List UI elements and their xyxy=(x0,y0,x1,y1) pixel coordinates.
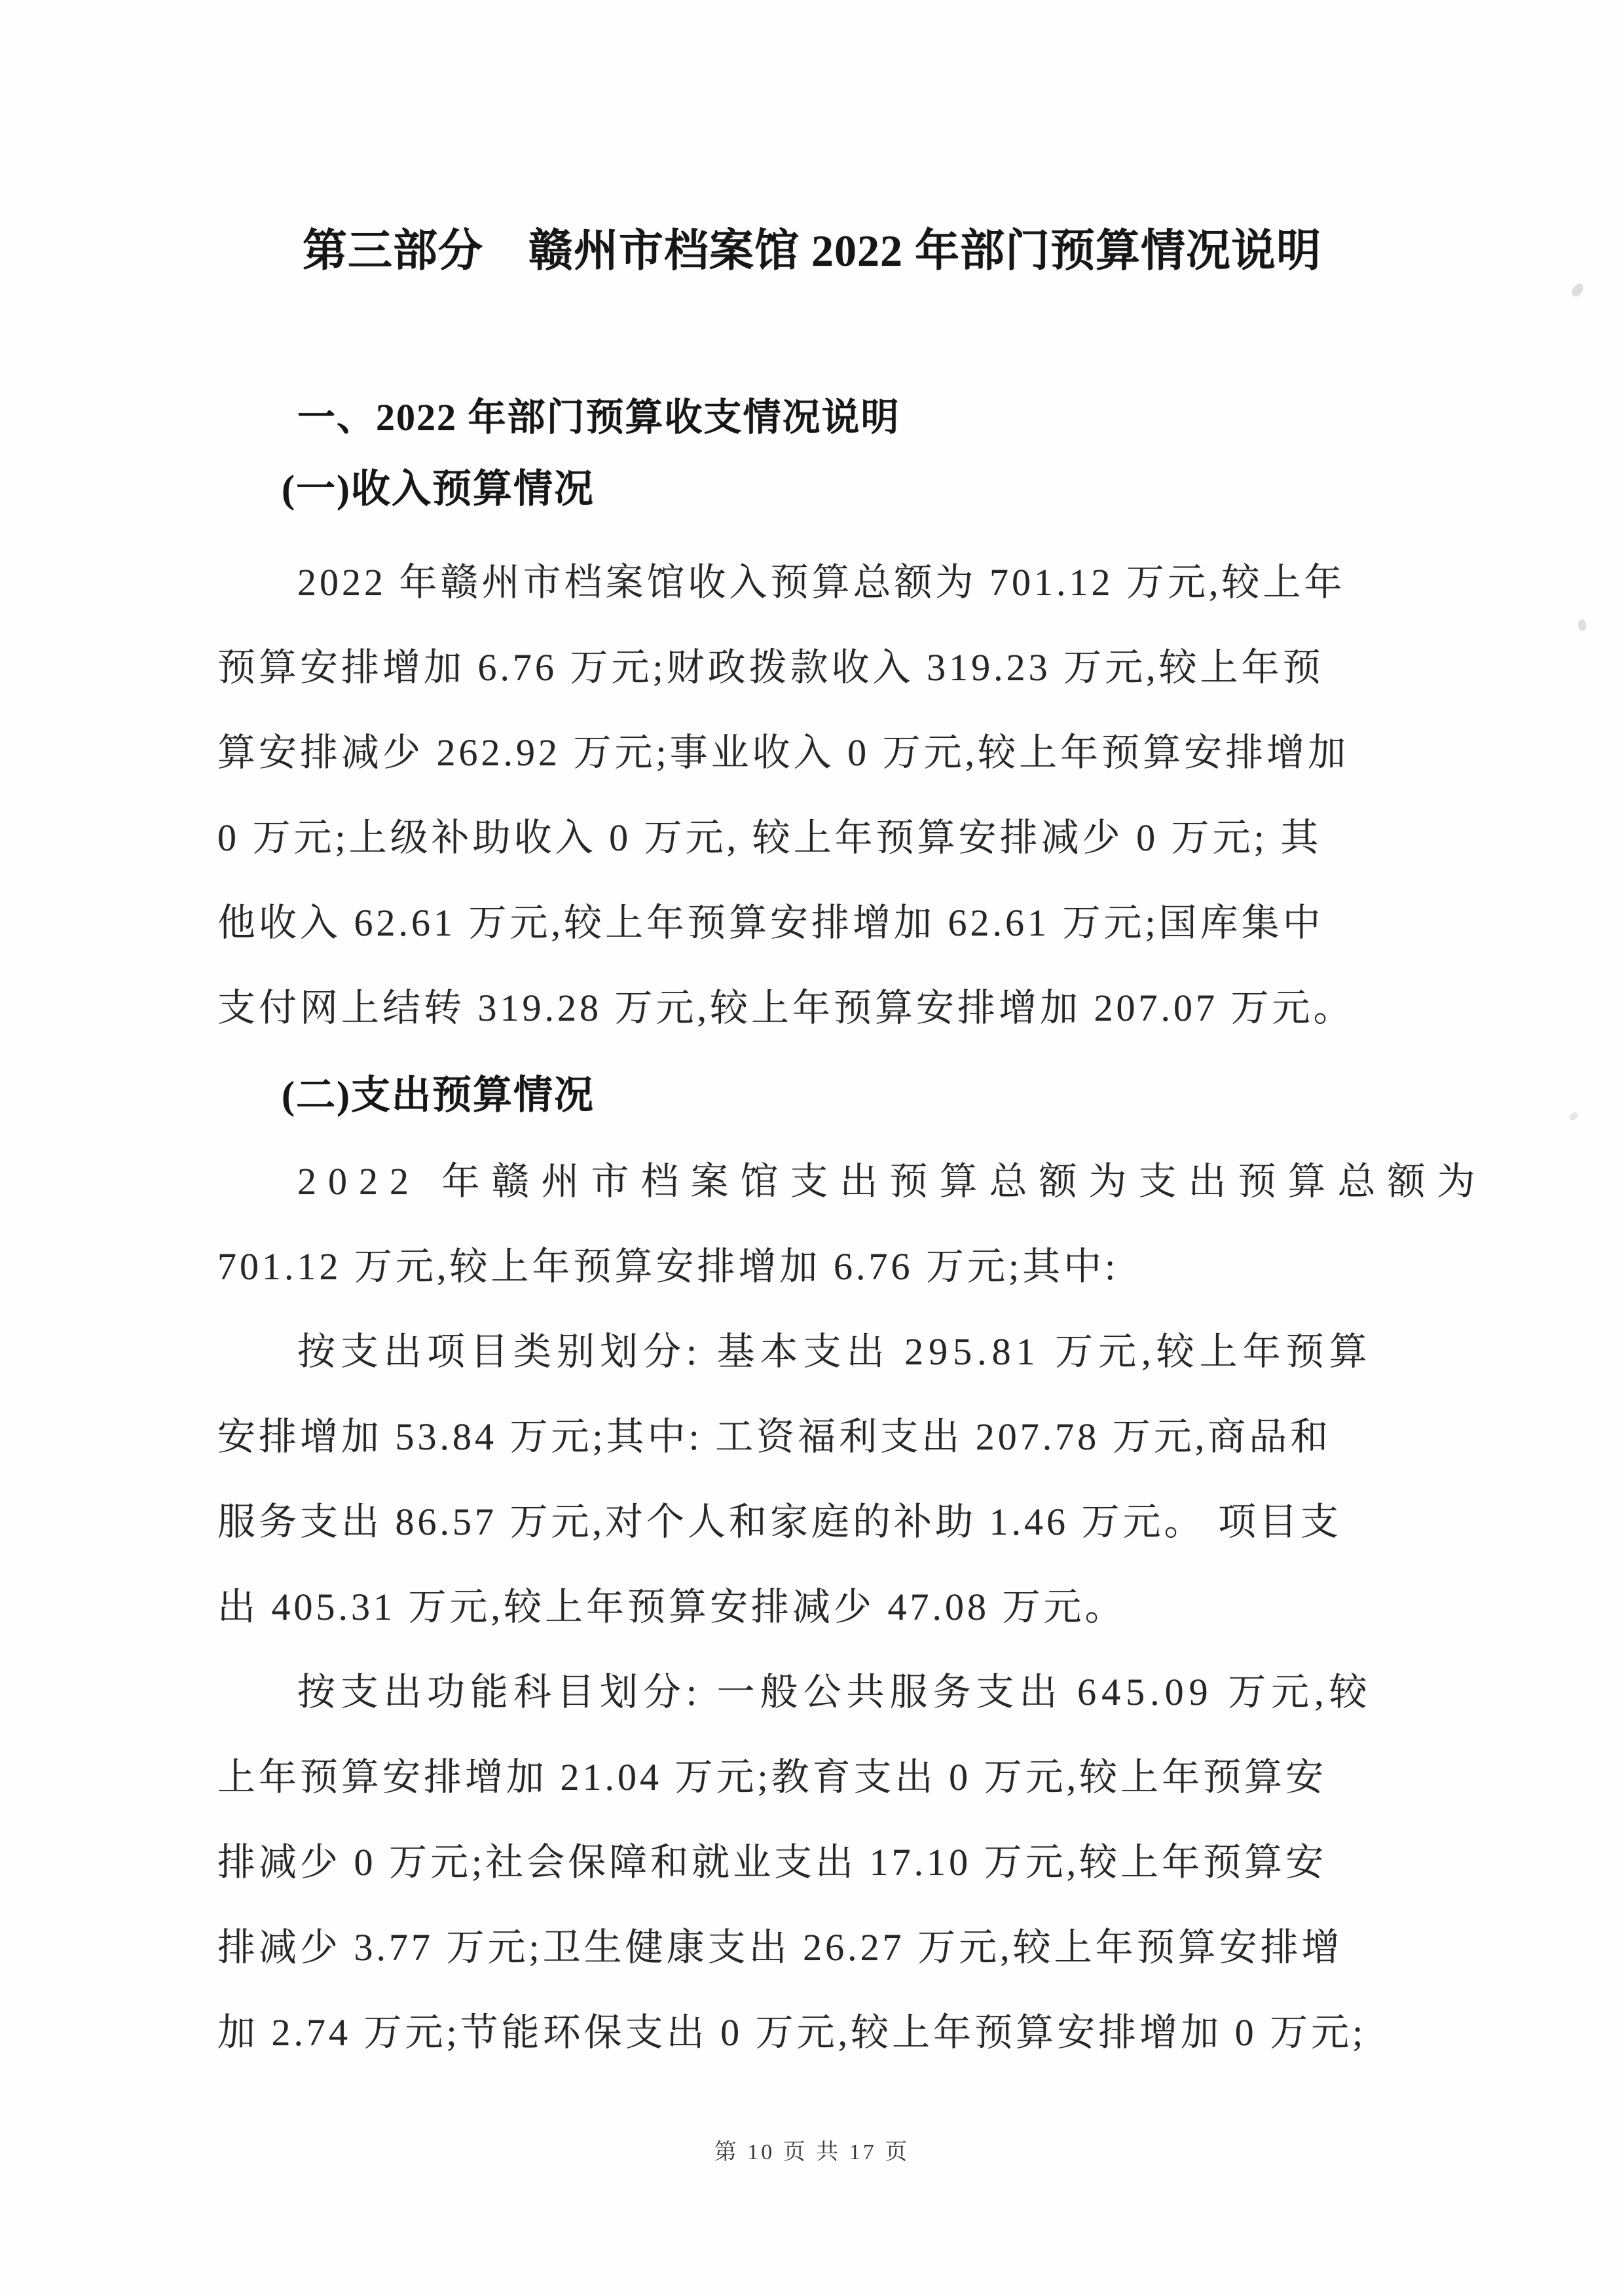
subsection-heading-income: (一)收入预算情况 xyxy=(217,446,1401,532)
document-title: 第三部分 赣州市档案馆 2022 年部门预算情况说明 xyxy=(0,218,1624,283)
paragraph-line: 2022 年赣州市档案馆收入预算总额为 701.12 万元,较上年 xyxy=(217,540,1401,625)
scan-speck xyxy=(1577,619,1587,632)
paragraph-line: 服务支出 86.57 万元,对个人和家庭的补助 1.46 万元。 项目支 xyxy=(217,1480,1401,1565)
subsection-heading-expense: (二)支出预算情况 xyxy=(217,1053,1401,1138)
expense-by-type-paragraph: 按支出项目类别划分: 基本支出 295.81 万元,较上年预算 安排增加 53.… xyxy=(217,1309,1401,1650)
paragraph-line: 加 2.74 万元;节能环保支出 0 万元,较上年预算安排增加 0 万元; xyxy=(217,1990,1401,2075)
paragraph-line: 排减少 0 万元;社会保障和就业支出 17.10 万元,较上年预算安 xyxy=(217,1820,1401,1905)
paragraph-line: 2022 年赣州市档案馆支出预算总额为支出预算总额为 xyxy=(217,1139,1401,1224)
paragraph-line: 安排增加 53.84 万元;其中: 工资福利支出 207.78 万元,商品和 xyxy=(217,1394,1401,1480)
paragraph-line: 上年预算安排增加 21.04 万元;教育支出 0 万元,较上年预算安 xyxy=(217,1735,1401,1820)
paragraph-line: 出 405.31 万元,较上年预算安排减少 47.08 万元。 xyxy=(217,1565,1401,1650)
paragraph-line: 他收入 62.61 万元,较上年预算安排增加 62.61 万元;国库集中 xyxy=(217,881,1401,966)
paragraph-line: 排减少 3.77 万元;卫生健康支出 26.27 万元,较上年预算安排增 xyxy=(217,1905,1401,1990)
document-page: 第三部分 赣州市档案馆 2022 年部门预算情况说明 一、2022 年部门预算收… xyxy=(0,0,1624,2296)
page-number-footer: 第 10 页 共 17 页 xyxy=(0,2138,1624,2167)
scan-speck xyxy=(1570,282,1585,299)
paragraph-line: 按支出功能科目划分: 一般公共服务支出 645.09 万元,较 xyxy=(217,1650,1401,1735)
income-paragraph: 2022 年赣州市档案馆收入预算总额为 701.12 万元,较上年 预算安排增加… xyxy=(217,540,1401,1051)
paragraph-line: 算安排减少 262.92 万元;事业收入 0 万元,较上年预算安排增加 xyxy=(217,710,1401,795)
scan-speck xyxy=(1568,1110,1579,1121)
paragraph-line: 0 万元;上级补助收入 0 万元, 较上年预算安排减少 0 万元; 其 xyxy=(217,795,1401,881)
expense-total-paragraph: 2022 年赣州市档案馆支出预算总额为支出预算总额为 701.12 万元,较上年… xyxy=(217,1139,1401,1309)
paragraph-line: 支付网上结转 319.28 万元,较上年预算安排增加 207.07 万元。 xyxy=(217,966,1401,1051)
expense-by-function-paragraph: 按支出功能科目划分: 一般公共服务支出 645.09 万元,较 上年预算安排增加… xyxy=(217,1650,1401,2075)
paragraph-line: 预算安排增加 6.76 万元;财政拨款收入 319.23 万元,较上年预 xyxy=(217,625,1401,710)
paragraph-line: 701.12 万元,较上年预算安排增加 6.76 万元;其中: xyxy=(217,1224,1401,1309)
paragraph-line: 按支出项目类别划分: 基本支出 295.81 万元,较上年预算 xyxy=(217,1309,1401,1394)
